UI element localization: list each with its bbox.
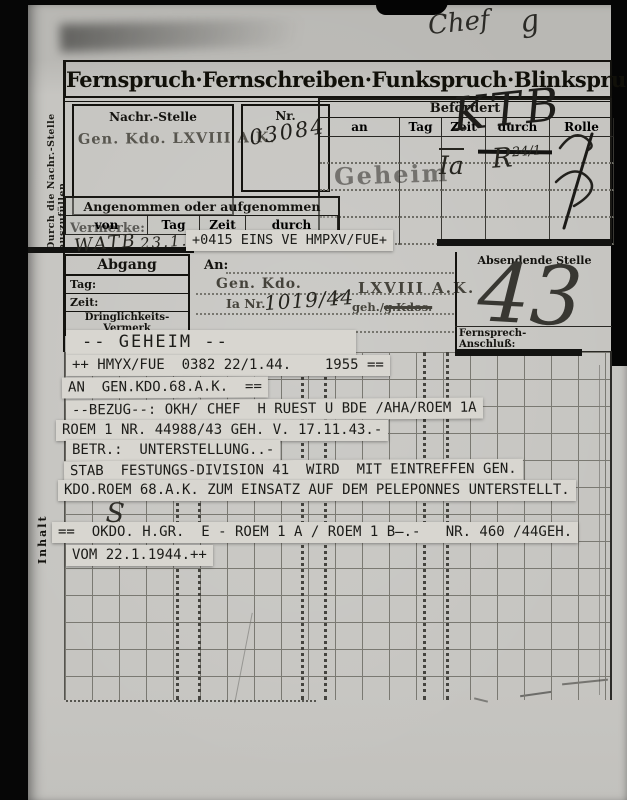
nr-box: Nr. 03084 bbox=[241, 104, 330, 192]
handwritten-ia: Ia bbox=[439, 148, 464, 180]
message-line-7: KDO.ROEM 68.A.K. ZUM EINSATZ AUF DEM PEL… bbox=[58, 480, 576, 501]
abgang-title: Abgang bbox=[66, 256, 188, 276]
an-label: An: bbox=[204, 258, 228, 273]
nachr-stelle-label: Nachr.-Stelle bbox=[74, 106, 232, 124]
fernsprech-bottom-bar bbox=[455, 349, 582, 356]
befoerdert-cell bbox=[400, 218, 442, 245]
geheim-stamp: Geheim bbox=[334, 158, 450, 191]
befoerdert-cell bbox=[442, 191, 486, 218]
typed-strip-geheim: -- GEHEIM -- bbox=[66, 330, 356, 355]
an-stamp-ref: Ia Nr. bbox=[226, 296, 266, 311]
handwritten-r: R bbox=[491, 142, 513, 174]
message-line-8: == OKDO. H.GR. E - ROEM 1 A / ROEM 1 B̶.… bbox=[52, 522, 578, 543]
handwritten-43: 43 bbox=[476, 245, 585, 345]
typed-strip-receipt: +0415 EINS VE HMPXV/FUE+ bbox=[186, 230, 393, 251]
handwritten-r-sup: 24/1 bbox=[511, 143, 541, 160]
message-line-1: ++ HMYX/FUE 0382 22/1.44. 1955 == bbox=[66, 355, 390, 376]
message-line-2: AN GEN.KDO.68.A.K. == bbox=[62, 376, 268, 398]
message-line-4: ROEM 1 NR. 44988/43 GEH. V. 17.11.43.- bbox=[56, 420, 388, 441]
message-line-3: --BEZUG--: OKH/ CHEF H RUEST U BDE /AHA/… bbox=[66, 398, 483, 422]
abgang-box: Abgang Tag: Zeit: Dringlichkeits- Vermer… bbox=[64, 254, 190, 336]
grid-bottom-dots bbox=[66, 700, 316, 702]
an-writing-line-1 bbox=[226, 272, 454, 274]
befoerdert-cell bbox=[486, 191, 550, 218]
befoerdert-col-an: an bbox=[320, 118, 400, 137]
abgang-urgency-label-1: Dringlichkeits- bbox=[66, 313, 188, 324]
handwritten-chef-note: Chef bbox=[427, 5, 491, 41]
message-line-5: BETR.: UNTERSTELLUNG..- bbox=[66, 440, 280, 461]
handwritten-r24: R24/1 bbox=[491, 140, 543, 174]
handwritten-check-mark: ✓ bbox=[329, 287, 346, 309]
inhalt-label: Inhalt bbox=[36, 492, 49, 564]
befoerdert-bottom-bar bbox=[437, 239, 612, 246]
befoerdert-cell bbox=[400, 191, 442, 218]
telegram-form-scan: Chef g Fernspruch·Fernschreiben·Funkspru… bbox=[0, 0, 627, 800]
abgang-zeit-label: Zeit: bbox=[66, 294, 188, 312]
suffix-gkdos-struck: g.Kdos. bbox=[384, 300, 432, 314]
abgang-tag-label: Tag: bbox=[66, 276, 188, 294]
handwritten-s-mark: S bbox=[105, 497, 126, 529]
befoerdert-col-tag: Tag bbox=[400, 118, 442, 137]
handwritten-initials-rolle-icon bbox=[548, 120, 610, 235]
an-stamp-suffix: geh./g.Kdos. bbox=[352, 300, 432, 314]
message-line-9: VOM 22.1.1944.++ bbox=[66, 545, 213, 566]
handwritten-date-23-1: 23.1. bbox=[139, 231, 188, 252]
suffix-geh: geh./ bbox=[352, 300, 384, 314]
angenommen-title: Angenommen oder aufgenommen bbox=[64, 196, 340, 216]
